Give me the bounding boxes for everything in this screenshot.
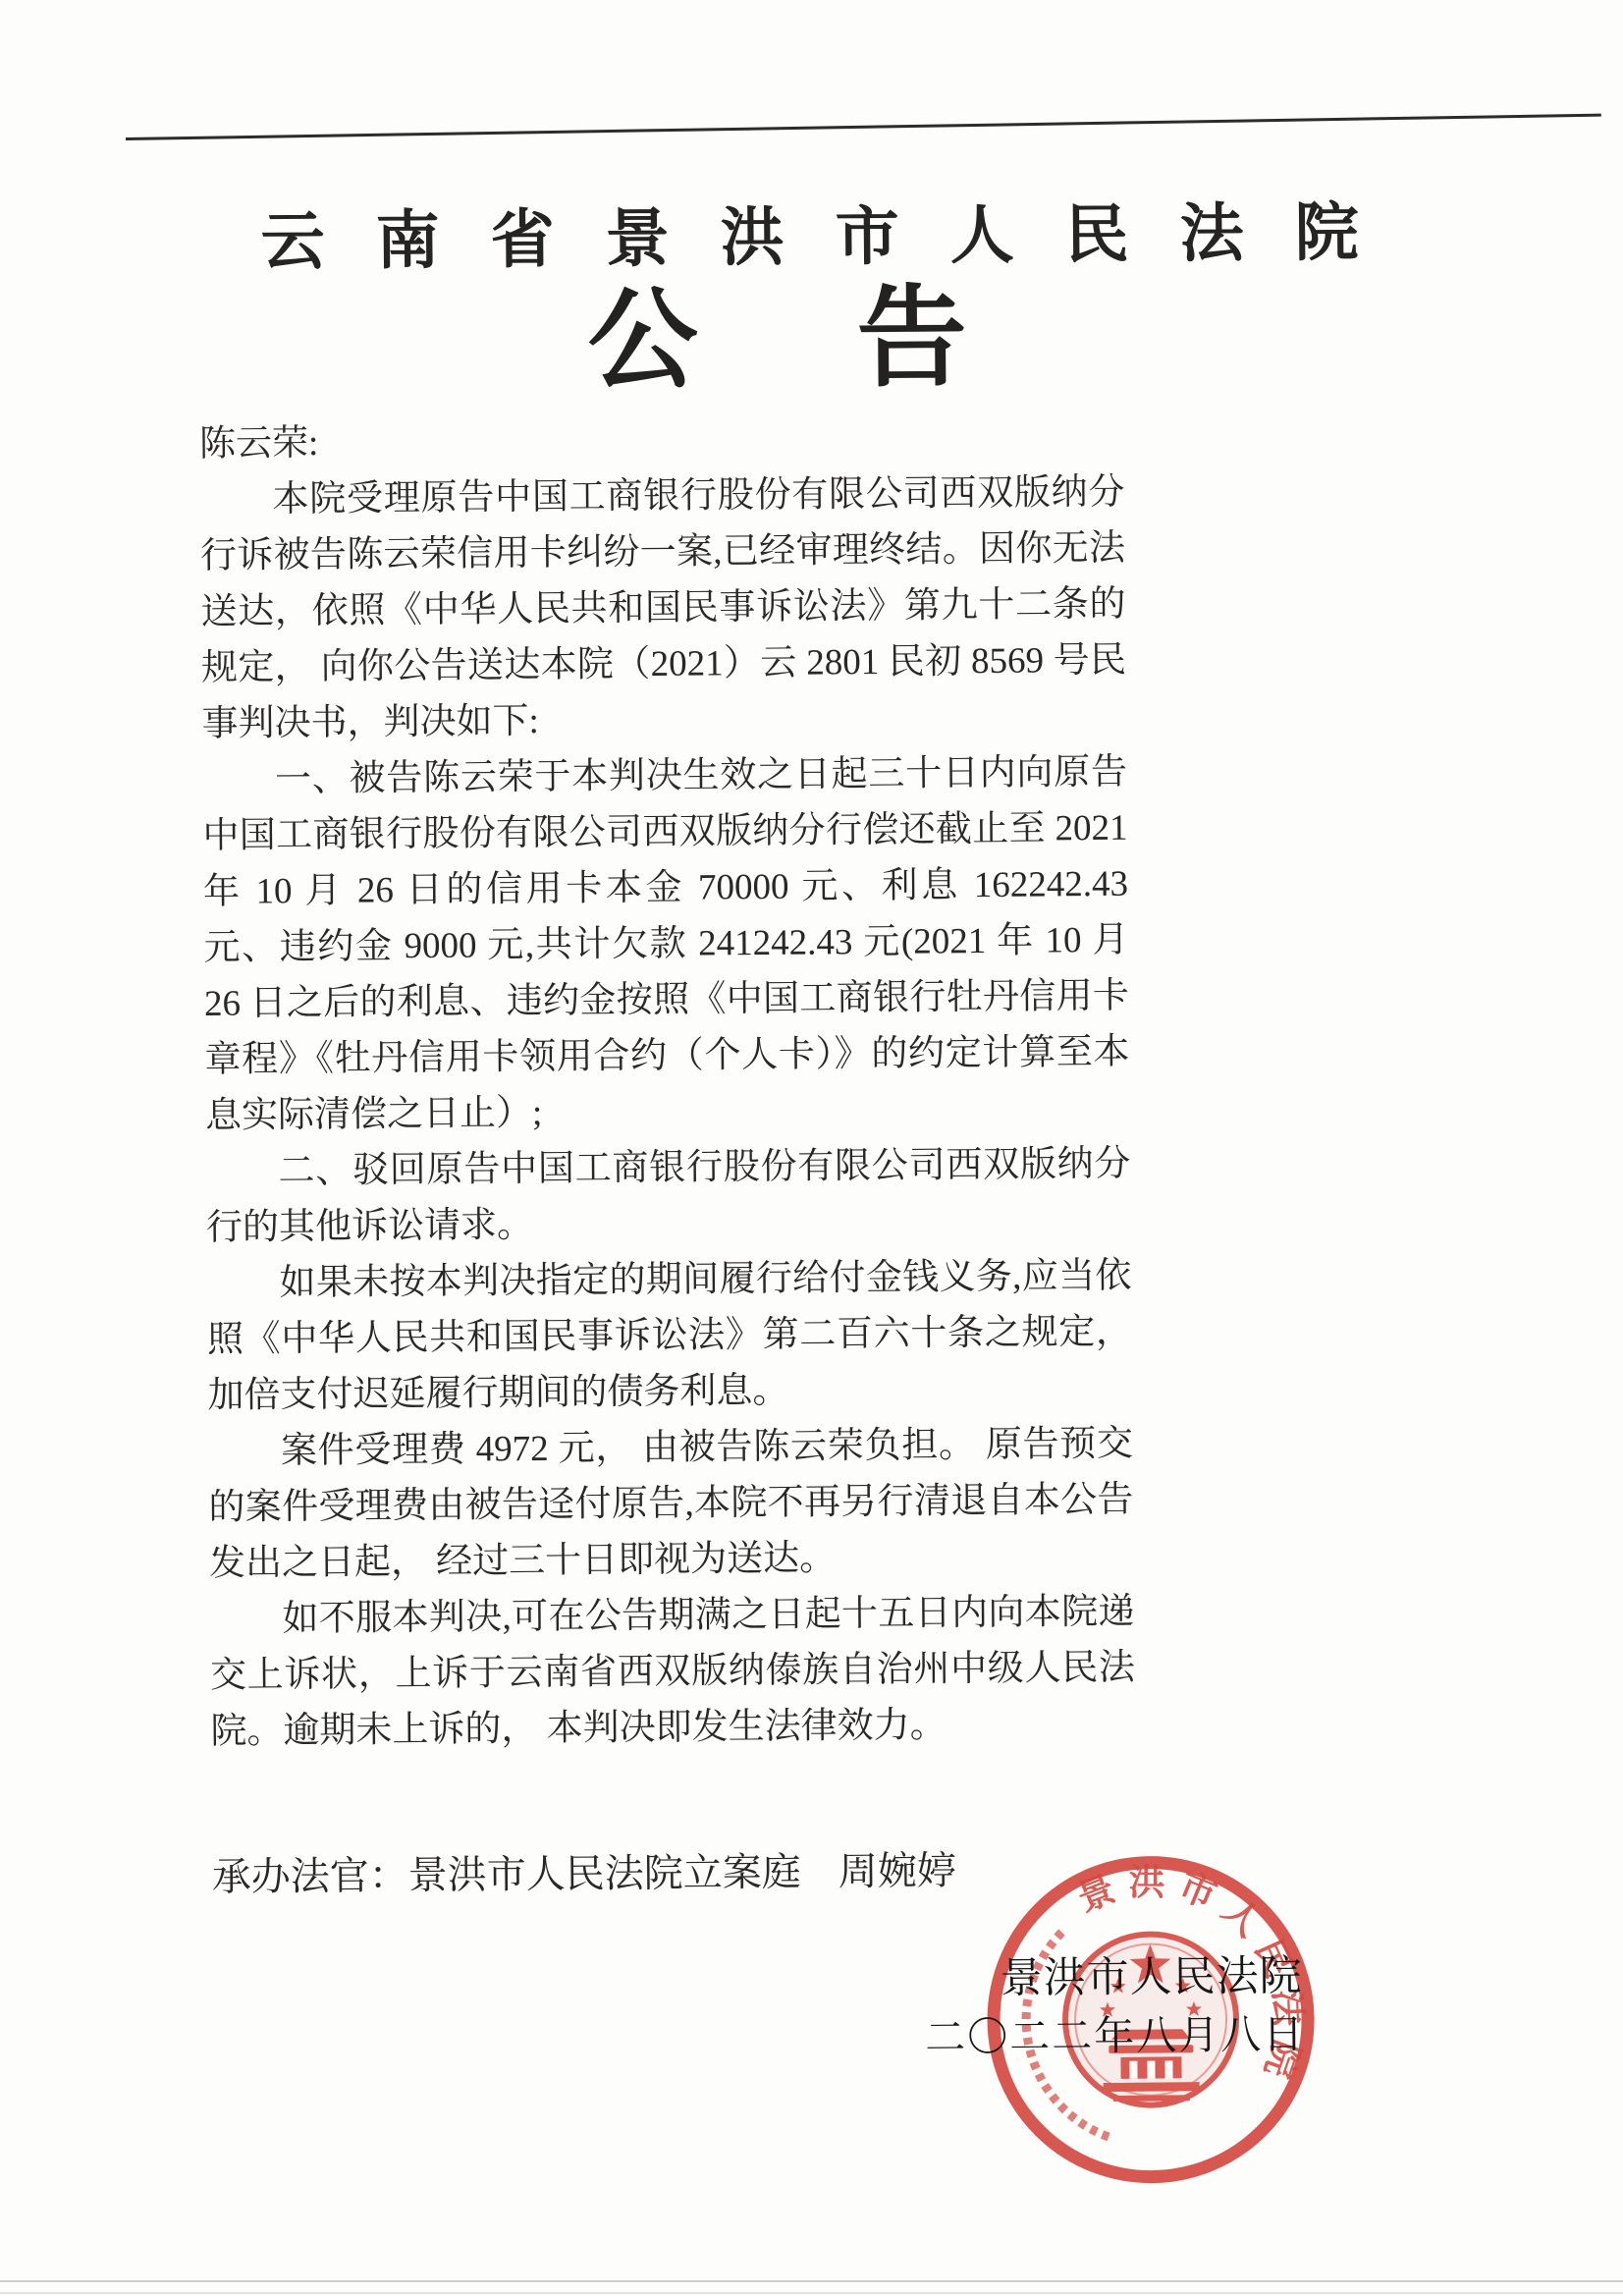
body-paragraph-5: 案件受理费 4972 元， 由被告陈云荣负担。 原告预交的案件受理费由被告迳付原… <box>208 1416 1134 1592</box>
recipient-line: 陈云荣: <box>199 409 1124 472</box>
notice-body: 陈云荣: 本院受理原告中国工商银行股份有限公司西双版纳分行诉被告陈云荣信用卡纠纷… <box>199 409 1136 1760</box>
body-paragraph-4: 如果未按本判决指定的期间履行给付金钱义务,应当依照《中华人民共和国民事诉讼法》第… <box>206 1248 1132 1424</box>
page-edge-shadow <box>0 2292 1623 2294</box>
judge-office: 景洪市人民法院立案庭 <box>408 1850 801 1897</box>
court-name-title: 云南省景洪市人民法院 <box>0 199 1621 277</box>
body-paragraph-2: 一、被告陈云荣于本判决生效之日起三十日内向原告中国工商银行股份有限公司西双版纳分… <box>202 744 1130 1144</box>
scanned-content: 云南省景洪市人民法院 公告 陈云荣: 本院受理原告中国工商银行股份有限公司西双版… <box>0 0 1623 2296</box>
page-edge-line <box>0 2280 1623 2282</box>
seal-stamped-date: 二〇二二年八月八日 <box>925 2001 1306 2062</box>
judge-line: 承办法官：景洪市人民法院立案庭周婉婷 <box>211 1839 955 1902</box>
seal-stamped-court-name: 景洪市人民法院 <box>1000 1942 1303 2005</box>
judge-label: 承办法官： <box>212 1853 408 1899</box>
judge-name: 周婉婷 <box>839 1848 956 1893</box>
body-paragraph-1: 本院受理原告中国工商银行股份有限公司西双版纳分行诉被告陈云荣信用卡纠纷一案,已经… <box>199 465 1126 752</box>
court-notice-page: 云南省景洪市人民法院 公告 陈云荣: 本院受理原告中国工商银行股份有限公司西双版… <box>0 0 1623 2296</box>
body-paragraph-3: 二、驳回原告中国工商银行股份有限公司西双版纳分行的其他诉讼请求。 <box>205 1136 1131 1256</box>
body-paragraph-6: 如不服本判决,可在公告期满之日起十五日内向本院递交上诉状，上诉于云南省西双版纳傣… <box>209 1584 1135 1760</box>
notice-title: 公告 <box>0 279 1590 403</box>
